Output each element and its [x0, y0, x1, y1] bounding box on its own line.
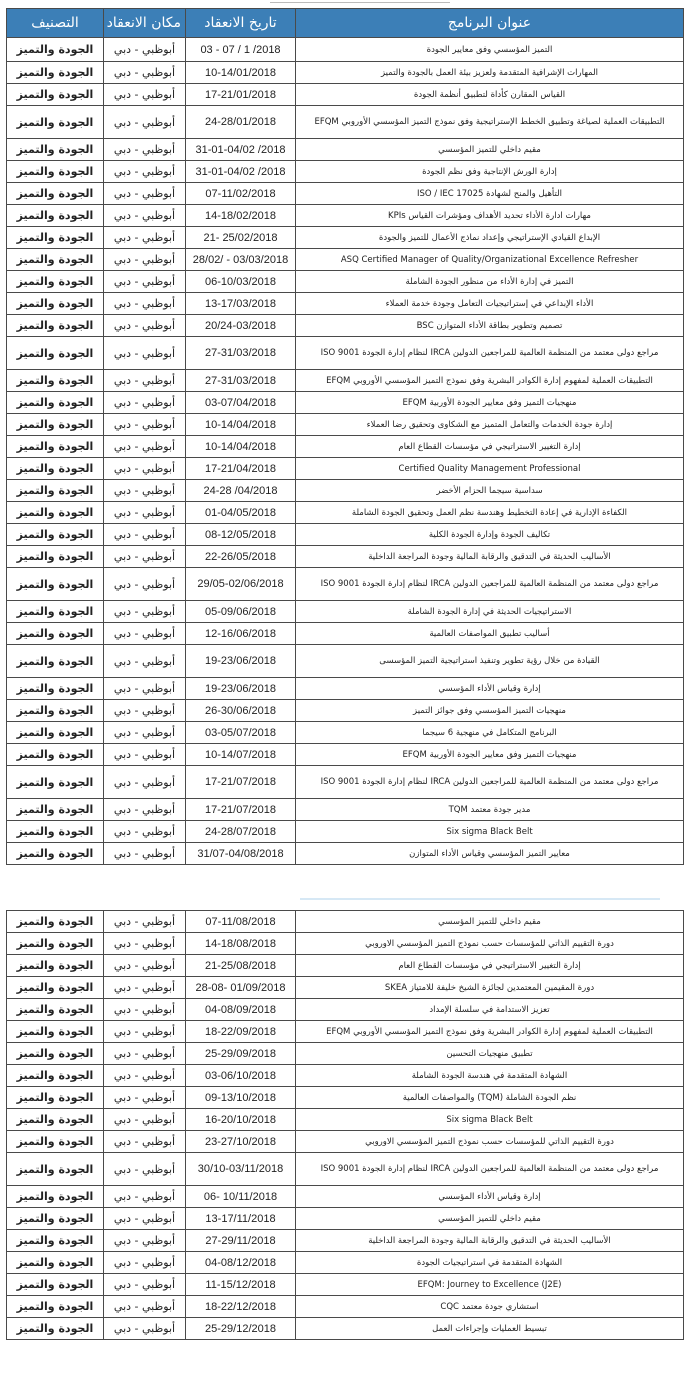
- category-cell: الجودة والتميز: [7, 977, 104, 999]
- category-cell: الجودة والتميز: [7, 436, 104, 458]
- table-row: التأهيل والمنح لشهادة ISO / IEC 1702507-…: [7, 183, 684, 205]
- program-title-cell: القيادة من خلال رؤية تطوير وتنفيذ استرات…: [296, 645, 684, 678]
- category-cell: الجودة والتميز: [7, 414, 104, 436]
- table-row: الأساليب الحديثة في التدقيق والرقابة الم…: [7, 1230, 684, 1252]
- category-cell: الجودة والتميز: [7, 370, 104, 392]
- table-row: التميز في إدارة الأداء من منظور الجودة ا…: [7, 271, 684, 293]
- place-cell: أبوظبي - دبي: [104, 293, 186, 315]
- place-cell: أبوظبي - دبي: [104, 161, 186, 183]
- date-cell: 25-29/12/2018: [186, 1318, 296, 1340]
- date-cell: 03-07/04/2018: [186, 392, 296, 414]
- top-rule: [270, 2, 450, 3]
- place-cell: أبوظبي - دبي: [104, 227, 186, 249]
- category-cell: الجودة والتميز: [7, 546, 104, 568]
- table-row: تبسيط العمليات وإجراءات العمل25-29/12/20…: [7, 1318, 684, 1340]
- date-cell: 03 - 07 / 1 /2018: [186, 38, 296, 62]
- place-cell: أبوظبي - دبي: [104, 1208, 186, 1230]
- schedule-table-2: مقيم داخلي للتميز المؤسسي07-11/08/2018أب…: [6, 910, 684, 1340]
- program-title-cell: تطبيق منهجيات التحسين: [296, 1043, 684, 1065]
- table-row: Six sigma Black Belt16-20/10/2018أبوظبي …: [7, 1109, 684, 1131]
- date-cell: 29/05-02/06/2018: [186, 568, 296, 601]
- date-cell: 24-28/01/2018: [186, 106, 296, 139]
- date-cell: 27-29/11/2018: [186, 1230, 296, 1252]
- table-row: الاستراتيجيات الحديثة في إدارة الجودة ال…: [7, 601, 684, 623]
- table-row: إدارة جودة الخدمات والتعامل المتميز مع ا…: [7, 414, 684, 436]
- table-row: إدارة التغيير الاستراتيجي في مؤسسات القط…: [7, 955, 684, 977]
- place-cell: أبوظبي - دبي: [104, 546, 186, 568]
- program-title-cell: منهجيات التميز المؤسسي وفق جوائز التميز: [296, 700, 684, 722]
- program-title-cell: دورة المقيمين المعتمدين لجائزة الشيخ خلي…: [296, 977, 684, 999]
- category-cell: الجودة والتميز: [7, 700, 104, 722]
- date-cell: 27-31/03/2018: [186, 370, 296, 392]
- date-cell: 25-29/09/2018: [186, 1043, 296, 1065]
- date-cell: 17-21/07/2018: [186, 766, 296, 799]
- date-cell: 14-18/08/2018: [186, 933, 296, 955]
- category-cell: الجودة والتميز: [7, 623, 104, 645]
- place-cell: أبوظبي - دبي: [104, 1296, 186, 1318]
- program-title-cell: مدير جودة معتمد TQM: [296, 799, 684, 821]
- place-cell: أبوظبي - دبي: [104, 843, 186, 865]
- category-cell: الجودة والتميز: [7, 480, 104, 502]
- date-cell: 06-10/03/2018: [186, 271, 296, 293]
- place-cell: أبوظبي - دبي: [104, 414, 186, 436]
- program-title-cell: الأداء الإبداعي في إستراتيجيات التعامل و…: [296, 293, 684, 315]
- date-cell: 30/10-03/11/2018: [186, 1153, 296, 1186]
- place-cell: أبوظبي - دبي: [104, 678, 186, 700]
- program-title-cell: مراجع دولى معتمد من المنظمة العالمية للم…: [296, 337, 684, 370]
- category-cell: الجودة والتميز: [7, 1131, 104, 1153]
- program-title-cell: نظم الجودة الشاملة (TQM) والمواصفات العا…: [296, 1087, 684, 1109]
- table-row: الأداء الإبداعي في إستراتيجيات التعامل و…: [7, 293, 684, 315]
- table-row: إدارة وقياس الأداء المؤسسي06- 10/11/2018…: [7, 1186, 684, 1208]
- table-row: منهجيات التميز وفق معايير الجودة الأوربي…: [7, 744, 684, 766]
- category-cell: الجودة والتميز: [7, 1208, 104, 1230]
- header-date: تاريخ الانعقاد: [186, 9, 296, 38]
- table-row: مراجع دولى معتمد من المنظمة العالمية للم…: [7, 1153, 684, 1186]
- category-cell: الجودة والتميز: [7, 933, 104, 955]
- date-cell: 04-08/09/2018: [186, 999, 296, 1021]
- place-cell: أبوظبي - دبي: [104, 139, 186, 161]
- program-title-cell: الإبداع القيادي الإستراتيجي وإعداد نماذج…: [296, 227, 684, 249]
- table-row: ASQ Certified Manager of Quality/Organiz…: [7, 249, 684, 271]
- table-row: التطبيقات العملية لمفهوم إدارة الكوادر ا…: [7, 370, 684, 392]
- program-title-cell: إدارة وقياس الأداء المؤسسي: [296, 678, 684, 700]
- program-title-cell: التميز في إدارة الأداء من منظور الجودة ا…: [296, 271, 684, 293]
- date-cell: 17-21/07/2018: [186, 799, 296, 821]
- program-title-cell: مراجع دولى معتمد من المنظمة العالمية للم…: [296, 1153, 684, 1186]
- place-cell: أبوظبي - دبي: [104, 1318, 186, 1340]
- date-cell: 14-18/02/2018: [186, 205, 296, 227]
- header-place: مكان الانعقاد: [104, 9, 186, 38]
- category-cell: الجودة والتميز: [7, 1252, 104, 1274]
- program-title-cell: إدارة جودة الخدمات والتعامل المتميز مع ا…: [296, 414, 684, 436]
- table-row: مراجع دولى معتمد من المنظمة العالمية للم…: [7, 568, 684, 601]
- place-cell: أبوظبي - دبي: [104, 1153, 186, 1186]
- table-row: منهجيات التميز وفق معايير الجودة الأوربي…: [7, 392, 684, 414]
- place-cell: أبوظبي - دبي: [104, 1065, 186, 1087]
- table-row: مقيم داخلي للتميز المؤسسي13-17/11/2018أب…: [7, 1208, 684, 1230]
- table-row: تصميم وتطوير بطاقة الأداء المتوازن BSC20…: [7, 315, 684, 337]
- date-cell: 26-30/06/2018: [186, 700, 296, 722]
- place-cell: أبوظبي - دبي: [104, 911, 186, 933]
- place-cell: أبوظبي - دبي: [104, 106, 186, 139]
- category-cell: الجودة والتميز: [7, 678, 104, 700]
- table-row: دورة التقييم الذاتي للمؤسسات حسب نموذج ا…: [7, 933, 684, 955]
- category-cell: الجودة والتميز: [7, 843, 104, 865]
- table-row: القيادة من خلال رؤية تطوير وتنفيذ استرات…: [7, 645, 684, 678]
- program-title-cell: Six sigma Black Belt: [296, 1109, 684, 1131]
- category-cell: الجودة والتميز: [7, 1230, 104, 1252]
- program-title-cell: الأساليب الحديثة في التدقيق والرقابة الم…: [296, 1230, 684, 1252]
- date-cell: 10-14/04/2018: [186, 414, 296, 436]
- program-title-cell: القياس المقارن كأداة لتطبيق أنظمة الجودة: [296, 84, 684, 106]
- program-title-cell: مقيم داخلي للتميز المؤسسي: [296, 139, 684, 161]
- place-cell: أبوظبي - دبي: [104, 601, 186, 623]
- place-cell: أبوظبي - دبي: [104, 1087, 186, 1109]
- date-cell: 31/07-04/08/2018: [186, 843, 296, 865]
- category-cell: الجودة والتميز: [7, 766, 104, 799]
- place-cell: أبوظبي - دبي: [104, 370, 186, 392]
- program-title-cell: إدارة الورش الإنتاجية وفق نظم الجودة: [296, 161, 684, 183]
- program-title-cell: المهارات الإشرافية المتقدمة ولعزيز بيئة …: [296, 62, 684, 84]
- date-cell: 27-31/03/2018: [186, 337, 296, 370]
- category-cell: الجودة والتميز: [7, 183, 104, 205]
- place-cell: أبوظبي - دبي: [104, 821, 186, 843]
- table-row: الشهادة المتقدمة في استراتيجيات الجودة04…: [7, 1252, 684, 1274]
- category-cell: الجودة والتميز: [7, 337, 104, 370]
- place-cell: أبوظبي - دبي: [104, 1274, 186, 1296]
- program-title-cell: الشهادة المتقدمة في استراتيجيات الجودة: [296, 1252, 684, 1274]
- schedule-table-1: عنوان البرنامج تاريخ الانعقاد مكان الانع…: [6, 8, 684, 865]
- place-cell: أبوظبي - دبي: [104, 249, 186, 271]
- program-title-cell: تكاليف الجودة وإدارة الجودة الكلية: [296, 524, 684, 546]
- category-cell: الجودة والتميز: [7, 1274, 104, 1296]
- date-cell: 17-21/01/2018: [186, 84, 296, 106]
- category-cell: الجودة والتميز: [7, 568, 104, 601]
- program-title-cell: مراجع دولى معتمد من المنظمة العالمية للم…: [296, 766, 684, 799]
- place-cell: أبوظبي - دبي: [104, 933, 186, 955]
- table-row: مراجع دولى معتمد من المنظمة العالمية للم…: [7, 766, 684, 799]
- date-cell: 18-22/12/2018: [186, 1296, 296, 1318]
- table-row: تطبيق منهجيات التحسين25-29/09/2018أبوظبي…: [7, 1043, 684, 1065]
- place-cell: أبوظبي - دبي: [104, 502, 186, 524]
- program-title-cell: منهجيات التميز وفق معايير الجودة الأوربي…: [296, 744, 684, 766]
- date-cell: 13-17/11/2018: [186, 1208, 296, 1230]
- category-cell: الجودة والتميز: [7, 955, 104, 977]
- program-title-cell: تبسيط العمليات وإجراءات العمل: [296, 1318, 684, 1340]
- program-title-cell: الاستراتيجيات الحديثة في إدارة الجودة ال…: [296, 601, 684, 623]
- date-cell: 16-20/10/2018: [186, 1109, 296, 1131]
- table-row: Certified Quality Management Professiona…: [7, 458, 684, 480]
- date-cell: 18-22/09/2018: [186, 1021, 296, 1043]
- table-row: القياس المقارن كأداة لتطبيق أنظمة الجودة…: [7, 84, 684, 106]
- table-row: مراجع دولى معتمد من المنظمة العالمية للم…: [7, 337, 684, 370]
- date-cell: 10-14/01/2018: [186, 62, 296, 84]
- program-title-cell: Certified Quality Management Professiona…: [296, 458, 684, 480]
- category-cell: الجودة والتميز: [7, 799, 104, 821]
- category-cell: الجودة والتميز: [7, 1043, 104, 1065]
- category-cell: الجودة والتميز: [7, 1087, 104, 1109]
- date-cell: 04-08/12/2018: [186, 1252, 296, 1274]
- program-title-cell: تصميم وتطوير بطاقة الأداء المتوازن BSC: [296, 315, 684, 337]
- program-title-cell: إدارة وقياس الأداء المؤسسي: [296, 1186, 684, 1208]
- program-title-cell: EFQM: Journey to Excellence (J2E): [296, 1274, 684, 1296]
- category-cell: الجودة والتميز: [7, 524, 104, 546]
- table-row: مقيم داخلي للتميز المؤسسي07-11/08/2018أب…: [7, 911, 684, 933]
- table-row: إدارة التغيير الاستراتيجي في مؤسسات القط…: [7, 436, 684, 458]
- category-cell: الجودة والتميز: [7, 1021, 104, 1043]
- program-title-cell: الشهادة المتقدمة في هندسة الجودة الشاملة: [296, 1065, 684, 1087]
- table-row: التميز المؤسسي وفق معايير الجودة03 - 07 …: [7, 38, 684, 62]
- category-cell: الجودة والتميز: [7, 84, 104, 106]
- date-cell: 28-08- 01/09/2018: [186, 977, 296, 999]
- date-cell: 12-16/06/2018: [186, 623, 296, 645]
- program-title-cell: التأهيل والمنح لشهادة ISO / IEC 17025: [296, 183, 684, 205]
- table-row: مدير جودة معتمد TQM17-21/07/2018أبوظبي -…: [7, 799, 684, 821]
- date-cell: 24-28 /04/2018: [186, 480, 296, 502]
- category-cell: الجودة والتميز: [7, 1153, 104, 1186]
- program-title-cell: التطبيقات العملية لمفهوم إدارة الكوادر ا…: [296, 370, 684, 392]
- program-title-cell: إدارة التغيير الاستراتيجي في مؤسسات القط…: [296, 436, 684, 458]
- category-cell: الجودة والتميز: [7, 722, 104, 744]
- program-title-cell: منهجيات التميز وفق معايير الجودة الأوربي…: [296, 392, 684, 414]
- place-cell: أبوظبي - دبي: [104, 38, 186, 62]
- program-title-cell: التطبيقات العملية لصياغة وتطبيق الخطط ال…: [296, 106, 684, 139]
- program-title-cell: الأساليب الحديثة في التدقيق والرقابة الم…: [296, 546, 684, 568]
- category-cell: الجودة والتميز: [7, 502, 104, 524]
- place-cell: أبوظبي - دبي: [104, 722, 186, 744]
- place-cell: أبوظبي - دبي: [104, 1230, 186, 1252]
- place-cell: أبوظبي - دبي: [104, 1109, 186, 1131]
- table-row: Six sigma Black Belt24-28/07/2018أبوظبي …: [7, 821, 684, 843]
- category-cell: الجودة والتميز: [7, 249, 104, 271]
- date-cell: 10-14/04/2018: [186, 436, 296, 458]
- program-title-cell: مهارات ادارة الأداء تحديد الأهداف ومؤشرا…: [296, 205, 684, 227]
- category-cell: الجودة والتميز: [7, 744, 104, 766]
- category-cell: الجودة والتميز: [7, 227, 104, 249]
- category-cell: الجودة والتميز: [7, 645, 104, 678]
- category-cell: الجودة والتميز: [7, 293, 104, 315]
- date-cell: 08-12/05/2018: [186, 524, 296, 546]
- table-row: الأساليب الحديثة في التدقيق والرقابة الم…: [7, 546, 684, 568]
- program-title-cell: معايير التميز المؤسسي وقياس الأداء المتو…: [296, 843, 684, 865]
- date-cell: 20/24-03/2018: [186, 315, 296, 337]
- program-title-cell: مقيم داخلي للتميز المؤسسي: [296, 911, 684, 933]
- table-row: الشهادة المتقدمة في هندسة الجودة الشاملة…: [7, 1065, 684, 1087]
- category-cell: الجودة والتميز: [7, 139, 104, 161]
- date-cell: 07-11/02/2018: [186, 183, 296, 205]
- place-cell: أبوظبي - دبي: [104, 84, 186, 106]
- category-cell: الجودة والتميز: [7, 1318, 104, 1340]
- category-cell: الجودة والتميز: [7, 999, 104, 1021]
- place-cell: أبوظبي - دبي: [104, 1186, 186, 1208]
- place-cell: أبوظبي - دبي: [104, 1043, 186, 1065]
- category-cell: الجودة والتميز: [7, 1065, 104, 1087]
- place-cell: أبوظبي - دبي: [104, 337, 186, 370]
- program-title-cell: استشاري جودة معتمد CQC: [296, 1296, 684, 1318]
- schedule-body-2: مقيم داخلي للتميز المؤسسي07-11/08/2018أب…: [7, 911, 684, 1340]
- date-cell: 07-11/08/2018: [186, 911, 296, 933]
- date-cell: 03-05/07/2018: [186, 722, 296, 744]
- category-cell: الجودة والتميز: [7, 38, 104, 62]
- date-cell: 28/02/ - 03/03/2018: [186, 249, 296, 271]
- category-cell: الجودة والتميز: [7, 458, 104, 480]
- category-cell: الجودة والتميز: [7, 911, 104, 933]
- program-title-cell: التطبيقات العملية لمفهوم إدارة الكوادر ا…: [296, 1021, 684, 1043]
- category-cell: الجودة والتميز: [7, 601, 104, 623]
- program-title-cell: مقيم داخلي للتميز المؤسسي: [296, 1208, 684, 1230]
- table-row: الكفاءة الإدارية في إعادة التخطيط وهندسة…: [7, 502, 684, 524]
- date-cell: 19-23/06/2018: [186, 645, 296, 678]
- date-cell: 24-28/07/2018: [186, 821, 296, 843]
- table-row: سداسية سيجما الحزام الأخضر24-28 /04/2018…: [7, 480, 684, 502]
- program-title-cell: سداسية سيجما الحزام الأخضر: [296, 480, 684, 502]
- table-row: استشاري جودة معتمد CQC18-22/12/2018أبوظب…: [7, 1296, 684, 1318]
- place-cell: أبوظبي - دبي: [104, 1131, 186, 1153]
- program-title-cell: مراجع دولى معتمد من المنظمة العالمية للم…: [296, 568, 684, 601]
- category-cell: الجودة والتميز: [7, 205, 104, 227]
- program-title-cell: تعزيز الاستدامة في سلسلة الإمداد: [296, 999, 684, 1021]
- place-cell: أبوظبي - دبي: [104, 524, 186, 546]
- table-row: أساليب تطبيق المواصفات العالمية12-16/06/…: [7, 623, 684, 645]
- category-cell: الجودة والتميز: [7, 821, 104, 843]
- place-cell: أبوظبي - دبي: [104, 183, 186, 205]
- table-row: البرنامج المتكامل في منهجية 6 سيجما03-05…: [7, 722, 684, 744]
- program-title-cell: Six sigma Black Belt: [296, 821, 684, 843]
- date-cell: 19-23/06/2018: [186, 678, 296, 700]
- program-title-cell: دورة التقييم الذاتي للمؤسسات حسب نموذج ا…: [296, 1131, 684, 1153]
- place-cell: أبوظبي - دبي: [104, 766, 186, 799]
- place-cell: أبوظبي - دبي: [104, 700, 186, 722]
- category-cell: الجودة والتميز: [7, 315, 104, 337]
- date-cell: 21- 25/02/2018: [186, 227, 296, 249]
- place-cell: أبوظبي - دبي: [104, 1252, 186, 1274]
- place-cell: أبوظبي - دبي: [104, 315, 186, 337]
- header-program-title: عنوان البرنامج: [296, 9, 684, 38]
- place-cell: أبوظبي - دبي: [104, 205, 186, 227]
- table-header-row: عنوان البرنامج تاريخ الانعقاد مكان الانع…: [7, 9, 684, 38]
- place-cell: أبوظبي - دبي: [104, 458, 186, 480]
- table-row: التطبيقات العملية لصياغة وتطبيق الخطط ال…: [7, 106, 684, 139]
- date-cell: 01-04/05/2018: [186, 502, 296, 524]
- date-cell: 05-09/06/2018: [186, 601, 296, 623]
- place-cell: أبوظبي - دبي: [104, 436, 186, 458]
- program-title-cell: أساليب تطبيق المواصفات العالمية: [296, 623, 684, 645]
- schedule-body-1: التميز المؤسسي وفق معايير الجودة03 - 07 …: [7, 38, 684, 865]
- date-cell: 23-27/10/2018: [186, 1131, 296, 1153]
- date-cell: 17-21/04/2018: [186, 458, 296, 480]
- category-cell: الجودة والتميز: [7, 1296, 104, 1318]
- place-cell: أبوظبي - دبي: [104, 744, 186, 766]
- program-title-cell: دورة التقييم الذاتي للمؤسسات حسب نموذج ا…: [296, 933, 684, 955]
- place-cell: أبوظبي - دبي: [104, 955, 186, 977]
- date-cell: 06- 10/11/2018: [186, 1186, 296, 1208]
- date-cell: 31-01-04/02 /2018: [186, 139, 296, 161]
- date-cell: 11-15/12/2018: [186, 1274, 296, 1296]
- table-row: تعزيز الاستدامة في سلسلة الإمداد04-08/09…: [7, 999, 684, 1021]
- table-row: مقيم داخلي للتميز المؤسسي31-01-04/02 /20…: [7, 139, 684, 161]
- place-cell: أبوظبي - دبي: [104, 999, 186, 1021]
- place-cell: أبوظبي - دبي: [104, 392, 186, 414]
- table-row: التطبيقات العملية لمفهوم إدارة الكوادر ا…: [7, 1021, 684, 1043]
- table-row: EFQM: Journey to Excellence (J2E)11-15/1…: [7, 1274, 684, 1296]
- place-cell: أبوظبي - دبي: [104, 645, 186, 678]
- category-cell: الجودة والتميز: [7, 161, 104, 183]
- date-cell: 09-13/10/2018: [186, 1087, 296, 1109]
- place-cell: أبوظبي - دبي: [104, 62, 186, 84]
- date-cell: 31-01-04/02 /2018: [186, 161, 296, 183]
- category-cell: الجودة والتميز: [7, 392, 104, 414]
- category-cell: الجودة والتميز: [7, 1109, 104, 1131]
- category-cell: الجودة والتميز: [7, 106, 104, 139]
- program-title-cell: ASQ Certified Manager of Quality/Organiz…: [296, 249, 684, 271]
- table-row: نظم الجودة الشاملة (TQM) والمواصفات العا…: [7, 1087, 684, 1109]
- table-row: إدارة الورش الإنتاجية وفق نظم الجودة31-0…: [7, 161, 684, 183]
- table-row: مهارات ادارة الأداء تحديد الأهداف ومؤشرا…: [7, 205, 684, 227]
- category-cell: الجودة والتميز: [7, 271, 104, 293]
- date-cell: 13-17/03/2018: [186, 293, 296, 315]
- date-cell: 22-26/05/2018: [186, 546, 296, 568]
- place-cell: أبوظبي - دبي: [104, 799, 186, 821]
- header-category: التصنيف: [7, 9, 104, 38]
- place-cell: أبوظبي - دبي: [104, 977, 186, 999]
- place-cell: أبوظبي - دبي: [104, 623, 186, 645]
- program-title-cell: الكفاءة الإدارية في إعادة التخطيط وهندسة…: [296, 502, 684, 524]
- date-cell: 21-25/08/2018: [186, 955, 296, 977]
- category-cell: الجودة والتميز: [7, 62, 104, 84]
- date-cell: 10-14/07/2018: [186, 744, 296, 766]
- program-title-cell: البرنامج المتكامل في منهجية 6 سيجما: [296, 722, 684, 744]
- table-row: الإبداع القيادي الإستراتيجي وإعداد نماذج…: [7, 227, 684, 249]
- table-row: منهجيات التميز المؤسسي وفق جوائز التميز2…: [7, 700, 684, 722]
- table-row: دورة المقيمين المعتمدين لجائزة الشيخ خلي…: [7, 977, 684, 999]
- place-cell: أبوظبي - دبي: [104, 480, 186, 502]
- program-title-cell: إدارة التغيير الاستراتيجي في مؤسسات القط…: [296, 955, 684, 977]
- table-row: إدارة وقياس الأداء المؤسسي19-23/06/2018أ…: [7, 678, 684, 700]
- table-row: دورة التقييم الذاتي للمؤسسات حسب نموذج ا…: [7, 1131, 684, 1153]
- date-cell: 03-06/10/2018: [186, 1065, 296, 1087]
- place-cell: أبوظبي - دبي: [104, 568, 186, 601]
- category-cell: الجودة والتميز: [7, 1186, 104, 1208]
- table-row: المهارات الإشرافية المتقدمة ولعزيز بيئة …: [7, 62, 684, 84]
- table-row: معايير التميز المؤسسي وقياس الأداء المتو…: [7, 843, 684, 865]
- table-row: تكاليف الجودة وإدارة الجودة الكلية08-12/…: [7, 524, 684, 546]
- page-break-shadow: [300, 898, 660, 900]
- program-title-cell: التميز المؤسسي وفق معايير الجودة: [296, 38, 684, 62]
- place-cell: أبوظبي - دبي: [104, 271, 186, 293]
- place-cell: أبوظبي - دبي: [104, 1021, 186, 1043]
